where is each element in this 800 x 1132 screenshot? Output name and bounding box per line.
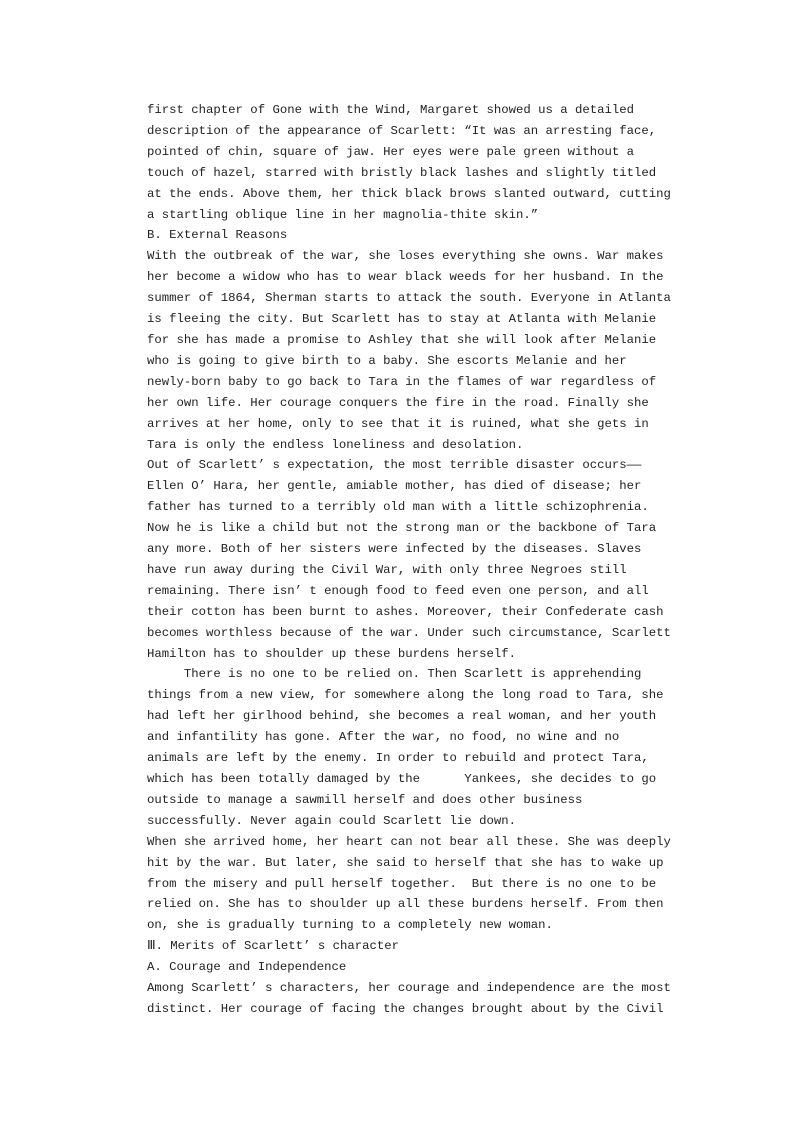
document-page: first chapter of Gone with the Wind, Mar…: [0, 0, 800, 1132]
document-text: first chapter of Gone with the Wind, Mar…: [147, 100, 671, 1020]
